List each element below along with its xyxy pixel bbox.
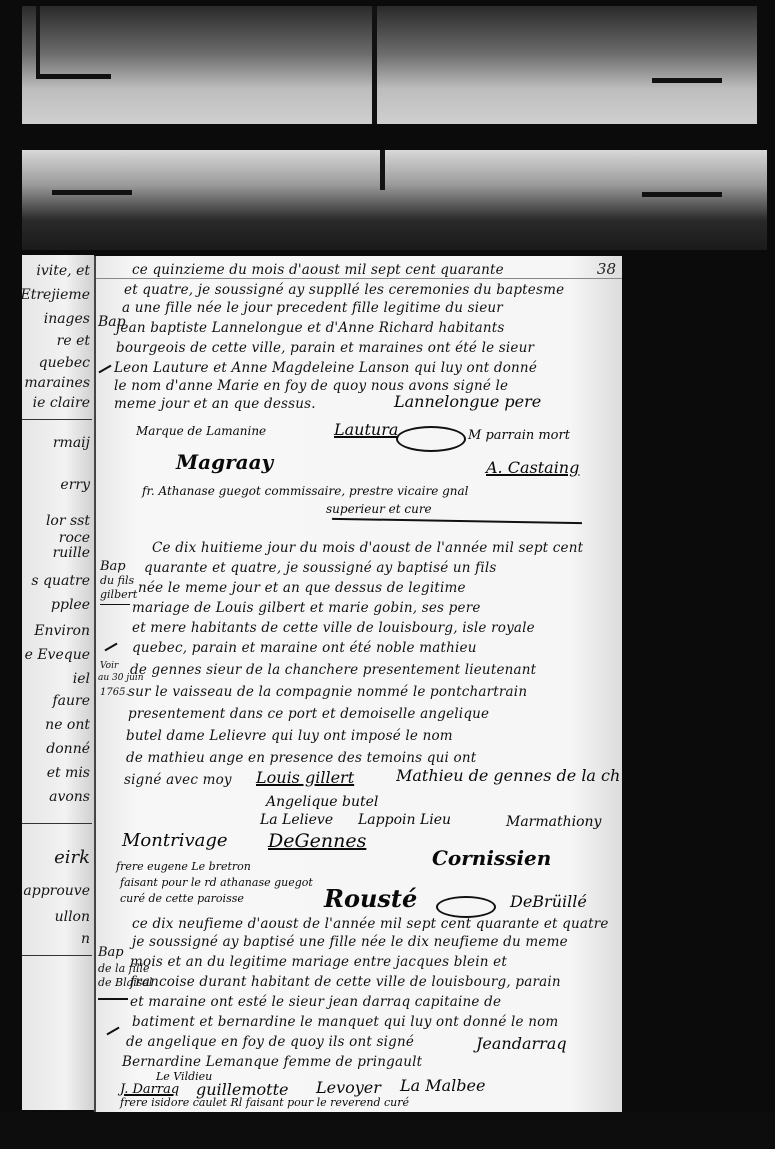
entry-line: née le meme jour et an que dessus de leg… bbox=[138, 580, 466, 596]
signature: M parrain mort bbox=[468, 428, 570, 443]
entry-line: sur le vaisseau de la compagnie nommé le… bbox=[128, 684, 527, 700]
entry-line: signé avec moy bbox=[124, 772, 232, 788]
left-page-fragment: approuve bbox=[23, 883, 90, 899]
margin-note: du fils bbox=[100, 574, 134, 587]
entry-line: Bernardine Lemanque femme de pringault bbox=[122, 1054, 422, 1070]
signature: fr. Athanase guegot commissaire, prestre… bbox=[142, 484, 469, 498]
signature: Lautura bbox=[334, 420, 398, 439]
left-page-rule bbox=[22, 955, 92, 956]
signature: Jeandarraq bbox=[476, 1034, 567, 1053]
signature: Magraay bbox=[176, 450, 273, 474]
signature: La Lelieve bbox=[260, 812, 333, 828]
signature: Levoyer bbox=[316, 1078, 381, 1097]
signature-flourish bbox=[436, 896, 496, 918]
entry-line: de mathieu ange en presence des temoins … bbox=[126, 750, 476, 766]
entry-line: quarante et quatre, je soussigné ay bapt… bbox=[144, 560, 497, 576]
entry-line: de gennes sieur de la chanchere presente… bbox=[130, 662, 536, 678]
signature: J. Darraq bbox=[120, 1082, 179, 1097]
entry-line: presentement dans ce port et demoiselle … bbox=[128, 706, 489, 722]
background-page-strip-top bbox=[22, 6, 757, 124]
side-note: 1765. bbox=[100, 686, 129, 699]
page-fold-divider bbox=[380, 150, 385, 190]
signature: DeBrüillé bbox=[510, 892, 587, 911]
entry-line: je soussigné ay baptisé une fille née le… bbox=[132, 934, 568, 950]
entry-line: jean baptiste Lannelongue et d'Anne Rich… bbox=[116, 320, 505, 336]
entry-line: et maraine ont esté le sieur jean darraq… bbox=[130, 994, 501, 1010]
left-page-fragment: rmaij bbox=[53, 435, 90, 451]
signature: DeGennes bbox=[268, 830, 366, 852]
left-page-fragment: avons bbox=[49, 789, 90, 805]
signature: Rousté bbox=[324, 884, 417, 913]
corner-mark bbox=[36, 6, 40, 78]
signature: frere eugene Le bretron bbox=[116, 860, 251, 873]
signature: La Malbee bbox=[400, 1076, 485, 1095]
left-page-fragment: Etrejieme bbox=[22, 287, 90, 303]
left-page-fragment: iel bbox=[73, 671, 90, 687]
signature: Marque de Lamanine bbox=[136, 424, 266, 438]
left-page-fragment: faure bbox=[52, 693, 90, 709]
corner-mark bbox=[52, 190, 132, 195]
left-page-fragment: ne ont bbox=[45, 717, 90, 733]
entry-line: butel dame Lelievre qui luy ont imposé l… bbox=[126, 728, 453, 744]
entry-line: francoise durant habitant de cette ville… bbox=[130, 974, 561, 990]
background-page-strip-middle bbox=[22, 150, 767, 250]
left-page-fragment: lor sst bbox=[46, 513, 90, 529]
page-fold-divider bbox=[372, 6, 377, 124]
entry-line: de angelique en foy de quoy ils ont sign… bbox=[126, 1034, 414, 1050]
left-page-fragment: eirk bbox=[54, 847, 90, 868]
margin-rule bbox=[100, 604, 130, 605]
entry-line: ce quinzieme du mois d'aoust mil sept ce… bbox=[132, 262, 504, 278]
signature: Lappoin Lieu bbox=[358, 812, 451, 828]
left-page-fragment: Environ bbox=[34, 623, 90, 639]
left-page-fragment: roce bbox=[59, 530, 90, 546]
left-page-fragment: ie claire bbox=[33, 395, 90, 411]
signature: superieur et cure bbox=[326, 502, 432, 516]
left-page-fragment: erry bbox=[60, 477, 90, 493]
left-page-fragment: s quatre bbox=[31, 573, 90, 589]
margin-mark bbox=[106, 1027, 119, 1036]
register-page: 38 Bap ce quinzieme du mois d'aoust mil … bbox=[94, 256, 622, 1112]
left-page-fragment: quebec bbox=[39, 355, 90, 371]
entry-separator bbox=[332, 518, 582, 524]
left-page-fragment: re et bbox=[57, 333, 90, 349]
left-page-rule bbox=[22, 419, 92, 420]
left-page-fragment: ivite, et bbox=[36, 263, 90, 279]
signature: Marmathiony bbox=[506, 814, 601, 830]
corner-mark bbox=[652, 78, 722, 83]
signature: Cornissien bbox=[432, 846, 551, 870]
entry-line: ce dix neufieme d'aoust de l'année mil s… bbox=[132, 916, 609, 932]
entry-line: mois et an du legitime mariage entre jac… bbox=[130, 954, 507, 970]
page-number: 38 bbox=[597, 260, 616, 278]
entry-line: Ce dix huitieme jour du mois d'aoust de … bbox=[152, 540, 583, 556]
left-page-fragment: ruille bbox=[53, 545, 90, 561]
left-page-fragment: pplee bbox=[51, 597, 90, 613]
header-rule bbox=[96, 278, 622, 279]
margin-mark bbox=[104, 643, 117, 652]
corner-mark bbox=[36, 74, 111, 79]
left-page-fragment: e Eveque bbox=[25, 647, 90, 663]
margin-note: Bap bbox=[100, 560, 126, 573]
margin-rule bbox=[98, 998, 128, 1000]
entry-line: et quatre, je soussigné ay suppllé les c… bbox=[124, 282, 564, 298]
left-page-fragment: maraines bbox=[24, 375, 90, 391]
signature: Montrivage bbox=[122, 830, 228, 851]
signature: Louis gillert bbox=[256, 768, 354, 787]
entry-line: batiment et bernardine le manquet qui lu… bbox=[132, 1014, 558, 1030]
signature: faisant pour le rd athanase guegot bbox=[120, 876, 313, 889]
left-page-fragment: donné bbox=[46, 741, 90, 757]
left-adjacent-page: ivite, et Etrejieme inages re et quebec … bbox=[22, 255, 94, 1110]
entry-line: meme jour et an que dessus. bbox=[114, 396, 316, 412]
signature: Lannelongue pere bbox=[394, 392, 541, 411]
scanner-background bbox=[0, 1112, 775, 1149]
left-page-rule bbox=[22, 823, 92, 824]
signature-flourish bbox=[396, 426, 466, 452]
signature: Mathieu de gennes de la chancelieré bbox=[396, 766, 621, 785]
left-page-fragment: inages bbox=[44, 311, 90, 327]
corner-mark bbox=[642, 192, 722, 197]
signature: A. Castaing bbox=[486, 458, 579, 477]
entry-line: a une fille née le jour precedent fille … bbox=[122, 300, 503, 316]
entry-line: Leon Lauture et Anne Magdeleine Lanson q… bbox=[114, 360, 537, 376]
left-page-fragment: n bbox=[81, 931, 90, 947]
margin-mark bbox=[98, 365, 111, 374]
signature: Angelique butel bbox=[266, 794, 378, 810]
entry-line: quebec, parain et maraine ont été noble … bbox=[132, 640, 477, 656]
signature: curé de cette paroisse bbox=[120, 892, 244, 905]
entry-line: mariage de Louis gilbert et marie gobin,… bbox=[132, 600, 481, 616]
signature: frere isidore caulet Rl faisant pour le … bbox=[120, 1096, 409, 1109]
left-page-fragment: ullon bbox=[55, 909, 90, 925]
entry-line: bourgeois de cette ville, parain et mara… bbox=[116, 340, 534, 356]
margin-note: Bap bbox=[98, 946, 124, 959]
left-page-fragment: et mis bbox=[47, 765, 90, 781]
entry-line: et mere habitants de cette ville de loui… bbox=[132, 620, 535, 636]
